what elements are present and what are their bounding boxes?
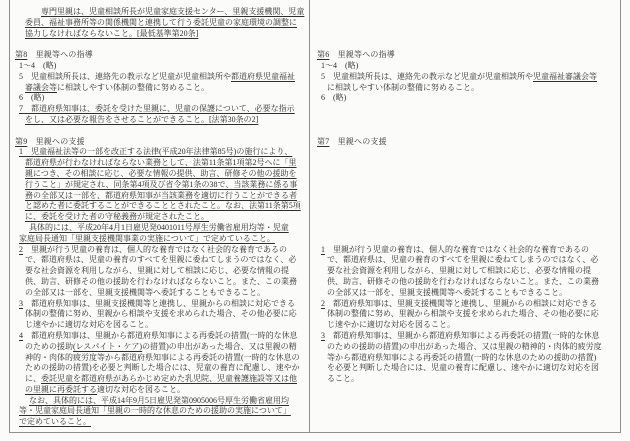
text-segment: 里親が行う児童の養育は、個人的な養育ではなく社会的な養育であるの	[325, 245, 589, 254]
blank-line	[317, 158, 620, 169]
text-segment: で、都道府県は、児童の養育のすべてを里親に委ねてしまうのではなく、必	[327, 255, 598, 264]
text-segment: 都道府県知事は、里親支援機関等と連携し、里親からの相談に対応できる	[23, 299, 295, 308]
list-item-line: をし、又は必要な報告をさせることができること。[法第30条の2]	[25, 115, 309, 126]
text-segment: 要な社会資源を利用しながら、里親に対して相談に応じ、必要な情報の提	[25, 266, 289, 275]
text-segment: 体制の整備に努め、里親から相談や支援を求められた場合、その他必要に応	[25, 309, 297, 318]
text-segment: の全部又は一部を、里親支援機関等へ委託することもできること。	[25, 288, 265, 297]
text-segment: 都道府県知事は、里親から都道府県知事による再委託の措置(一時的な休息	[23, 331, 298, 340]
list-item-line: 親につき、その相談に応じ、必要な情報の提供、助言、研修その他の援助を	[25, 169, 309, 180]
text-segment: 供、助言、研修その他の援助を行わなければならないこと。また、この業務	[25, 277, 297, 286]
underlined-revision-text: の里親に再委託する	[25, 385, 97, 394]
text-segment: 神的・肉体的疲労度等から都道府県知事による再委託の措置(一時的な休息の	[25, 353, 300, 362]
underlined-revision-text: 親につき、その相談に応じ、必要な情報の提供、助言、研修その他の援助を	[25, 169, 297, 178]
text-segment: ための援助の措置)を必要と判断した場合には、児童の養育に配慮し、速やか	[25, 363, 300, 372]
list-item-line: 供、助言、研修その他の援助を行わなければならないこと。また、この業務	[25, 277, 309, 288]
list-item-line: の全部又は一部を、里親支援機関等へ委託することもできること。	[25, 288, 309, 299]
underlined-revision-text: 児童福祉審議会等	[533, 72, 597, 81]
list-item-line: 都道府県が行わなければならない業務として、法第11条第1項第2号ヘに「里	[25, 158, 309, 169]
text-segment: に相談しやすい体制の整備に努めること。	[57, 83, 209, 92]
underlined-revision-text: 都道府県が行わなければならない業務として、法第11条第1項第2号ヘに「里	[25, 158, 297, 167]
list-item-line: のための援助(レスパイト・ケア)の措置)の申出があった場合、又は里親の精	[25, 342, 309, 353]
list-item-line: 1 里親が行う児童の養育は、個人的な養育ではなく社会的な養育であるの	[321, 245, 620, 256]
blank-line	[317, 126, 620, 137]
list-item-line: じ速やかに適切な対応を図ること。	[327, 320, 620, 331]
note-line: 家庭局長通知「里親支援機関事業の実施について」で定めていること。	[19, 234, 309, 245]
list-item-line: に、委託児童を都道府県があらかじめ定めた乳児院、児童養護施設等又は他	[25, 374, 309, 385]
blank-line	[15, 39, 309, 50]
underlined-revision-text: 協力しなければならないこと。[最低基準第20条]	[25, 29, 198, 38]
text-segment: 都道府県知事は、里親支援機関等と連携し、里親からの相談に対応できる	[325, 299, 597, 308]
note-line: で定めていること。	[19, 417, 309, 428]
text-segment: 適切な対応を図ること。	[97, 385, 185, 394]
text-segment: 要な社会資源を利用しながら、里親に対して相談に応じ、必要な情報の提	[327, 266, 591, 275]
list-item-line: と認めた者に委託することができることとされたこと。なお、法第11条第5項	[25, 201, 309, 212]
text-segment: 里親が行う児童の養育は、個人的な養育ではなく社会的な養育であるの	[23, 245, 287, 254]
text-segment: の措置)の申出があった場合、又は里親の精	[142, 342, 297, 351]
text-segment: 都道府県知事は、里親から都道府県知事による再委託の措置(一時的な休息	[325, 331, 600, 340]
list-item-line: 等から都道府県知事による再委託の措置(一時的な休息のための援助の措置)	[327, 353, 620, 364]
underlined-revision-text: と認めた者に委託することができることとされたこと。なお、法第11条第5項	[25, 201, 301, 210]
underlined-revision-text: 家庭局長通知「里親支援機関事業の実施について」で定めていること。	[19, 234, 275, 243]
section-heading-line: 第6 里親等への指導	[317, 50, 620, 61]
text-segment: じ速やかに適切な対応を図ること。	[327, 320, 455, 329]
comparison-table: 専門里親は、児童相談所長が児童家庭支援センター、里親支援機関、児童委員、福祉事務…	[9, 0, 621, 433]
text-segment: 5 児童相談所長は、連絡先の教示など児童が児童相談所や	[19, 72, 231, 81]
note-line: なお、具体的には、平成14年9月5日雇児発第0905006号厚生労働省雇用均	[29, 396, 309, 407]
column-previous: 第6 里親等への指導1～4 (略)5 児童相談所長は、連絡先の教示など児童が児童…	[310, 0, 620, 432]
paragraph-line: 委員、福祉事務所等の関係機関と連携して行う委託児童の家庭環境の調整に	[25, 18, 309, 29]
section-heading-line: 第9 里親への支援	[15, 137, 309, 148]
text-segment: ること。	[327, 374, 359, 383]
blank-line	[317, 223, 620, 234]
underlined-revision-text: 具体的には、平成20年4月1日雇児発0401011号厚生労働省雇用均等・児童	[29, 223, 289, 232]
blank-line	[317, 147, 620, 158]
list-item-line: 3 都道府県知事は、里親から都道府県知事による再委託の措置(一時的な休息	[321, 331, 620, 342]
blank-line	[317, 7, 620, 18]
underlined-revision-text: 都道府県児童福祉	[231, 72, 295, 81]
underlined-revision-text: 第6	[317, 50, 329, 59]
section-heading-line: 第8 里親等への指導	[15, 50, 309, 61]
underlined-revision-text: 7 都道府県知事は、委託を受けた里親に、児童の保護について、必要な指示	[19, 104, 295, 113]
list-item-line: 体制の整備に努め、里親から相談や支援を求められた場合、その他必要に応	[25, 309, 309, 320]
underlined-revision-text: 等・児童家庭局長通知「里親の一時的な休息のための援助の実施について」	[19, 406, 291, 415]
text-segment: 5 児童相談所長は、連絡先の教示など児童が児童相談所や	[321, 72, 533, 81]
list-item-line: 供、助言、研修その他の援助を行わなければならないこと。また、この業務	[327, 277, 620, 288]
list-item-line: ための援助の措置)を必要と判断した場合には、児童の養育に配慮し、速やか	[25, 363, 309, 374]
list-item-line: 1～4 (略)	[321, 61, 620, 72]
note-line: 等・児童家庭局長通知「里親の一時的な休息のための援助の実施について」	[19, 406, 309, 417]
underlined-revision-text: (レスパイト・ケア)	[73, 342, 142, 351]
blank-line	[317, 29, 620, 40]
underlined-revision-text: 審議会等	[25, 83, 57, 92]
blank-line	[317, 212, 620, 223]
text-segment: で、都道府県は、児童の養育のすべてを里親に委ねてしまうのではなく、必	[25, 255, 296, 264]
list-item-line: 1～4 (略)	[19, 61, 309, 72]
text-segment: を必要と判断した場合には、児童の養育に配慮し、速やかに適切な対応を図	[327, 363, 599, 372]
text-segment: 供、助言、研修その他の援助を行わなければならないこと。また、この業務	[327, 277, 599, 286]
text-segment: 里親への支援	[27, 137, 84, 146]
underlined-revision-text: 第7	[317, 137, 329, 146]
text-segment: 里親への支援	[329, 137, 386, 146]
underlined-revision-text: で定めていること。	[19, 417, 91, 426]
list-item-line: 神的・肉体的疲労度等から都道府県知事による再委託の措置(一時的な休息の	[25, 353, 309, 364]
underlined-revision-text: をし、又は必要な報告をさせることができること。[法第30条の2]	[25, 115, 258, 124]
blank-line	[317, 169, 620, 180]
underlined-revision-text: 行うこと」が規定され、同条第4項及び省令第1条の38で、当該業務に係る事	[25, 180, 297, 189]
text-segment: 1～4 (略)	[321, 61, 358, 70]
note-line: 具体的には、平成20年4月1日雇児発0401011号厚生労働省雇用均等・児童	[29, 223, 309, 234]
underlined-revision-text: に、委託を受けた者の守秘義務が規定されたこと。	[25, 212, 209, 221]
underlined-revision-text: 専門里親は、児童相談所長が児童家庭支援センター、里親支援機関、児童	[41, 7, 304, 16]
list-item-line: 1 児童福祉法等の一部を改正する法律(平成20年法律第85号)の施行により、	[19, 147, 309, 158]
list-item-line: じ速やかに適切な対応を図ること。	[25, 320, 309, 331]
section-heading-line: 第7 里親への支援	[317, 137, 620, 148]
list-item-line: 2 里親が行う児童の養育は、個人的な養育ではなく社会的な養育であるの	[19, 245, 309, 256]
list-item-line: 3 都道府県知事は、里親支援機関等と連携し、里親からの相談に対応できる	[19, 299, 309, 310]
list-item-line: で、都道府県は、児童の養育のすべてを里親に委ねてしまうのではなく、必	[25, 255, 309, 266]
blank-line	[15, 126, 309, 137]
list-item-line: 審議会等に相談しやすい体制の整備に努めること。	[25, 83, 309, 94]
list-item-line: 5 児童相談所長は、連絡先の教示など児童が児童相談所や都道府県児童福祉	[19, 72, 309, 83]
list-item-line: のための援助の措置)の申出があった場合、又は里親の精神的・肉体的疲労度	[327, 342, 620, 353]
blank-line	[317, 201, 620, 212]
list-item-line: の里親に再委託する適切な対応を図ること。	[25, 385, 309, 396]
blank-line	[317, 234, 620, 245]
text-segment: 6 (略)	[321, 93, 346, 102]
text-segment: のための援助の措置)の申出があった場合、又は里親の精神的・肉体的疲労度	[327, 342, 602, 351]
text-segment: に相談しやすい体制の整備に努めること。	[327, 83, 479, 92]
paragraph-line: 協力しなければならないこと。[最低基準第20条]	[25, 29, 309, 40]
underlined-revision-text: 1 児童福祉法等の一部を改正する法律(平成20年法律第85号)の施行により、	[19, 147, 292, 156]
text-segment: 体制の整備に努め、里親から相談や支援を求められた場合、その他必要に応	[327, 309, 599, 318]
underlined-revision-text: 第9	[15, 137, 27, 146]
column-revised: 専門里親は、児童相談所長が児童家庭支援センター、里親支援機関、児童委員、福祉事務…	[10, 0, 310, 432]
list-item-line: の全部又は一部を、里親支援機関等へ委託することもできること。	[327, 288, 620, 299]
blank-line	[317, 39, 620, 50]
list-item-line: 6 (略)	[19, 93, 309, 104]
underlined-revision-text: 委託児童を都道府県があらかじめ定めた乳児院、児童養護施設等又は他	[41, 374, 297, 383]
list-item-line: 要な社会資源を利用しながら、里親に対して相談に応じ、必要な情報の提	[25, 266, 309, 277]
paragraph-line: 専門里親は、児童相談所長が児童家庭支援センター、里親支援機関、児童	[41, 7, 309, 18]
underlined-revision-text: 第8	[15, 50, 27, 59]
list-item-line: 要な社会資源を利用しながら、里親に対して相談に応じ、必要な情報の提	[327, 266, 620, 277]
text-segment: の全部又は一部を、里親支援機関等へ委託することもできること。	[327, 288, 567, 297]
scanned-document-page: 専門里親は、児童相談所長が児童家庭支援センター、里親支援機関、児童委員、福祉事務…	[0, 0, 630, 441]
list-item-line: に、委託を受けた者の守秘義務が規定されたこと。	[25, 212, 309, 223]
list-item-line: を必要と判断した場合には、児童の養育に配慮し、速やかに適切な対応を図	[327, 363, 620, 374]
list-item-line: ること。	[327, 374, 620, 385]
blank-line	[317, 191, 620, 202]
blank-line	[317, 18, 620, 29]
text-segment: 等から都道府県知事による再委託の措置(一時的な休息のための援助の措置)	[327, 353, 596, 362]
text-segment: 1～4 (略)	[19, 61, 56, 70]
underlined-revision-text: 委員、福祉事務所等の関係機関と連携して行う委託児童の家庭環境の調整に	[25, 18, 297, 27]
list-item-line: 行うこと」が規定され、同条第4項及び省令第1条の38で、当該業務に係る事	[25, 180, 309, 191]
underlined-revision-text: なお、具体的には、平成14年9月5日雇児発第0905006号厚生労働省雇用均	[29, 396, 289, 405]
text-segment: 里親等への指導	[27, 50, 93, 59]
text-segment: 6 (略)	[19, 93, 44, 102]
text-segment: に、	[25, 374, 41, 383]
list-item-line: 4 都道府県知事は、里親から都道府県知事による再委託の措置(一時的な休息	[19, 331, 309, 342]
text-segment: のための援助	[25, 342, 73, 351]
list-item-line: 2 都道府県知事は、里親支援機関等と連携し、里親からの相談に対応できる	[321, 299, 620, 310]
blank-line	[317, 115, 620, 126]
list-item-line: に相談しやすい体制の整備に努めること。	[327, 83, 620, 94]
list-item-line: 5 児童相談所長は、連絡先の教示など児童が児童相談所や児童福祉審議会等	[321, 72, 620, 83]
list-item-line: 体制の整備に努め、里親から相談や支援を求められた場合、その他必要に応	[327, 309, 620, 320]
list-item-line: 務の全部又は一部を、都道府県知事が当該業務を適切に行うことができる者	[25, 191, 309, 202]
blank-line	[317, 104, 620, 115]
text-segment: じ速やかに適切な対応を図ること。	[25, 320, 153, 329]
list-item-line: 7 都道府県知事は、委託を受けた里親に、児童の保護について、必要な指示	[19, 104, 309, 115]
underlined-revision-text: 務の全部又は一部を、都道府県知事が当該業務を適切に行うことができる者	[25, 191, 297, 200]
blank-line	[317, 180, 620, 191]
list-item-line: 6 (略)	[321, 93, 620, 104]
text-segment: 里親等への指導	[329, 50, 395, 59]
list-item-line: で、都道府県は、児童の養育のすべてを里親に委ねてしまうのではなく、必	[327, 255, 620, 266]
